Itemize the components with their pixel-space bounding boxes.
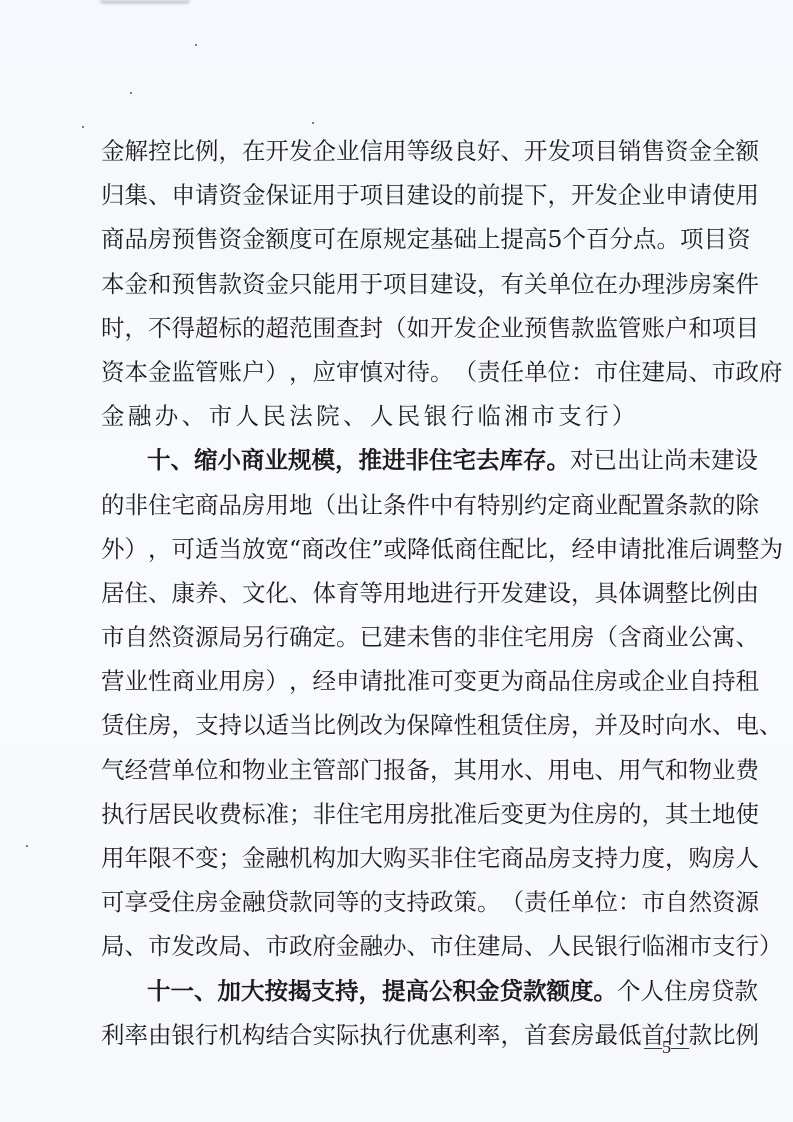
text-char: 比 xyxy=(712,1013,736,1057)
text-char: 同 xyxy=(313,880,337,924)
scan-speck xyxy=(130,92,132,94)
heading-char: 去 xyxy=(476,438,500,482)
text-char: 目 xyxy=(595,129,619,173)
text-char: 商 xyxy=(195,483,219,527)
text-char: 可 xyxy=(101,880,125,924)
text-char: 、 xyxy=(148,571,172,615)
text-char: 套 xyxy=(548,1013,572,1057)
text-char: 最 xyxy=(595,1013,619,1057)
text-char: 业 xyxy=(665,615,689,659)
text-char: 标 xyxy=(219,306,243,350)
text-char: 主 xyxy=(289,748,313,792)
text-char: 、 xyxy=(736,615,760,659)
text-char: 营 xyxy=(148,748,172,792)
text-char: 项 xyxy=(712,306,736,350)
text-char: 办 xyxy=(618,262,642,306)
text-char: 持 xyxy=(219,703,243,747)
text-char: 能 xyxy=(313,262,337,306)
text-char: 范 xyxy=(289,306,313,350)
text-char: 商 xyxy=(172,659,196,703)
text-char: 售 xyxy=(430,615,454,659)
text-char: 。 xyxy=(477,880,501,924)
text-char: 款 xyxy=(219,262,243,306)
text-char: 改 xyxy=(360,703,384,747)
text-char: 金 xyxy=(242,836,266,880)
text-char: 款 xyxy=(289,880,313,924)
text-char: 和 xyxy=(148,262,172,306)
text-char: 业 xyxy=(266,748,290,792)
text-char: 。 xyxy=(430,350,454,394)
text-char: 的 xyxy=(360,880,384,924)
text-char: 寓 xyxy=(712,615,736,659)
text-char: 项 xyxy=(383,262,407,306)
text-char: 配 xyxy=(618,483,642,527)
text-char: 只 xyxy=(289,262,313,306)
text-char: 收 xyxy=(195,792,219,836)
text-char: 办 xyxy=(383,924,407,968)
text-char: 可 xyxy=(313,217,337,261)
text-char: 市 xyxy=(148,924,172,968)
text-char: 目 xyxy=(703,217,727,261)
text-char: 物 xyxy=(242,748,266,792)
text-char: 销 xyxy=(618,129,642,173)
text-char: 保 xyxy=(266,173,290,217)
text-char: 康 xyxy=(172,571,196,615)
text-char: 经 xyxy=(572,527,596,571)
text-char: 地 xyxy=(407,571,431,615)
text-char: 比 xyxy=(172,129,196,173)
text-char: 更 xyxy=(477,659,501,703)
text-char: 用 xyxy=(383,571,407,615)
text-char: 监 xyxy=(172,350,196,394)
text-char: ， xyxy=(430,748,454,792)
text-char: 房 xyxy=(407,792,431,836)
heading-char: 积 xyxy=(453,969,477,1013)
text-char: 管 xyxy=(618,306,642,350)
text-char: 非 xyxy=(430,836,454,880)
text-char: 例 xyxy=(712,571,736,615)
text-char: 比 xyxy=(313,703,337,747)
text-char: 另 xyxy=(242,615,266,659)
text-char: 融 xyxy=(242,880,266,924)
text-char: 地 xyxy=(289,483,313,527)
text-line: 局、市发改局、市政府金融办、市住建局、人民银行临湘市支行） xyxy=(101,924,693,968)
text-char: 任 xyxy=(501,350,525,394)
text-char: 额 xyxy=(266,217,290,261)
text-char: 物 xyxy=(689,748,713,792)
text-char: 准 xyxy=(666,527,690,571)
text-char: ， xyxy=(501,1013,525,1057)
text-char: 项 xyxy=(360,173,384,217)
text-char: 建 xyxy=(711,438,735,482)
text-char: 用 xyxy=(736,173,760,217)
text-char: 业 xyxy=(665,659,689,703)
text-char: 体 xyxy=(618,571,642,615)
text-char: ） xyxy=(266,350,290,394)
text-char: 配 xyxy=(501,527,525,571)
text-char: 人 xyxy=(370,394,394,438)
text-char: 性 xyxy=(148,659,172,703)
text-char: 住 xyxy=(454,924,478,968)
heading-char: 。 xyxy=(594,969,618,1013)
text-char: 、 xyxy=(219,571,243,615)
text-char: 然 xyxy=(148,615,172,659)
text-char: 单 xyxy=(172,748,196,792)
text-char: （ xyxy=(383,306,407,350)
text-char: 对 xyxy=(570,438,594,482)
text-char: 房 xyxy=(712,836,736,880)
text-char: 基 xyxy=(430,217,454,261)
text-char: 批 xyxy=(383,659,407,703)
text-char: 育 xyxy=(336,571,360,615)
text-char: 气 xyxy=(642,748,666,792)
text-char: 中 xyxy=(430,483,454,527)
text-char: 宽 xyxy=(266,527,290,571)
text-char: 人 xyxy=(548,924,572,968)
text-char: 度 xyxy=(289,217,313,261)
text-char: 住 xyxy=(618,350,642,394)
text-char: 申 xyxy=(665,173,689,217)
text-char: 位 xyxy=(571,262,595,306)
text-char: 金 xyxy=(242,217,266,261)
heading-char: 度 xyxy=(570,969,594,1013)
text-char: 于 xyxy=(336,173,360,217)
heading-char: 高 xyxy=(406,969,430,1013)
text-char: ， xyxy=(289,350,313,394)
text-char: 房 xyxy=(548,836,572,880)
text-char: 的 xyxy=(618,792,642,836)
text-char: 业 xyxy=(195,659,219,703)
text-char: 让 xyxy=(641,438,665,482)
text-line: 金解控比例，在开发企业信用等级良好、开发项目销售资金全额 xyxy=(101,129,693,173)
text-char: 申 xyxy=(595,527,619,571)
text-line: 资本金监管账户），应审慎对待。（责任单位：市住建局、市政府 xyxy=(101,350,693,394)
text-char: 请 xyxy=(195,173,219,217)
heading-char: 、 xyxy=(194,969,218,1013)
text-char: ） xyxy=(612,394,636,438)
text-char: 的 xyxy=(242,306,266,350)
text-char: 调 xyxy=(642,571,666,615)
text-char: 已 xyxy=(360,615,384,659)
scan-speck xyxy=(312,122,314,124)
text-char: 单 xyxy=(524,350,548,394)
text-char: 为 xyxy=(501,659,525,703)
text-char: 适 xyxy=(195,527,219,571)
text-char: 为 xyxy=(548,792,572,836)
text-char: 建 xyxy=(383,615,407,659)
text-char: 级 xyxy=(430,129,454,173)
text-char: 置 xyxy=(642,483,666,527)
text-char: 设 xyxy=(454,262,478,306)
text-char: 用 xyxy=(336,262,360,306)
text-char: 为 xyxy=(760,527,784,571)
text-char: 款 xyxy=(735,969,759,1013)
text-char: 已 xyxy=(594,438,618,482)
text-char: 房 xyxy=(595,792,619,836)
text-char: 、 xyxy=(689,350,713,394)
text-char: 其 xyxy=(454,748,478,792)
text-char: 金 xyxy=(101,394,125,438)
text-char: 住 xyxy=(125,703,149,747)
text-char: 局 xyxy=(219,615,243,659)
text-char: 不 xyxy=(172,836,196,880)
text-char: 集 xyxy=(125,173,149,217)
text-char: 的 xyxy=(454,615,478,659)
text-char: 业 xyxy=(712,748,736,792)
text-char: 支 xyxy=(712,924,736,968)
text-char: 用 xyxy=(266,483,290,527)
text-char: 售 xyxy=(195,217,219,261)
text-char: 执 xyxy=(101,792,125,836)
text-char: 房 xyxy=(148,217,172,261)
text-char: 门 xyxy=(360,748,384,792)
text-char: 商 xyxy=(642,615,666,659)
text-char: 住 xyxy=(454,836,478,880)
text-char: 居 xyxy=(148,792,172,836)
text-char: 政 xyxy=(430,880,454,924)
text-char: 控 xyxy=(148,129,172,173)
text-char: 个 xyxy=(617,969,641,1013)
text-char: 局 xyxy=(101,924,125,968)
text-char: 出 xyxy=(617,438,641,482)
text-char: 住 xyxy=(125,571,149,615)
text-char: 改 xyxy=(325,527,349,571)
scan-speck xyxy=(26,845,28,847)
text-char: 院 xyxy=(316,394,340,438)
text-char: 慎 xyxy=(360,350,384,394)
text-char: 下 xyxy=(524,173,548,217)
text-char: 率 xyxy=(477,1013,501,1057)
text-char: 低 xyxy=(431,527,455,571)
text-char: 商 xyxy=(301,527,325,571)
text-char: 民 xyxy=(397,394,421,438)
text-char: 超 xyxy=(266,306,290,350)
text-char: （ xyxy=(454,350,478,394)
text-line: 赁住房，支持以适当比例改为保障性租赁住房，并及时向水、电、 xyxy=(101,703,693,747)
text-char: 行 xyxy=(585,394,609,438)
text-char: 、 xyxy=(759,703,783,747)
text-char: 时 xyxy=(642,703,666,747)
section-heading-line: 十一、加大按揭支持，提高公积金贷款额度。个人住房贷款 xyxy=(101,969,693,1013)
text-char: 际 xyxy=(336,1013,360,1057)
text-char: ： xyxy=(571,350,595,394)
text-char: 当 xyxy=(219,527,243,571)
heading-char: 十 xyxy=(147,438,171,482)
text-line: 利率由银行机构结合实际执行优惠利率，首套房最低首付款比例 xyxy=(101,1013,693,1057)
scan-shadow xyxy=(100,0,190,4)
text-char: 加 xyxy=(336,836,360,880)
text-char: 持 xyxy=(712,659,736,703)
text-char: 商 xyxy=(101,217,125,261)
text-char: 水 xyxy=(501,748,525,792)
text-char: 项 xyxy=(680,217,704,261)
heading-char: 十 xyxy=(147,969,171,1013)
text-char: 。 xyxy=(656,217,680,261)
text-char: 宅 xyxy=(477,836,501,880)
text-char: 企 xyxy=(313,129,337,173)
text-char: 审 xyxy=(336,350,360,394)
text-char: 条 xyxy=(665,483,689,527)
heading-char: 进 xyxy=(382,438,406,482)
text-char: 定 xyxy=(407,217,431,261)
text-char: 用 xyxy=(548,615,572,659)
heading-char: 贷 xyxy=(500,969,524,1013)
text-char: 资 xyxy=(665,129,689,173)
text-char: 申 xyxy=(172,173,196,217)
text-char: 后 xyxy=(689,527,713,571)
text-char: 整 xyxy=(736,527,760,571)
text-char: 得 xyxy=(172,306,196,350)
text-char: 市 xyxy=(430,924,454,968)
text-char: 条 xyxy=(383,483,407,527)
text-char: 金 xyxy=(689,129,713,173)
text-char: 、 xyxy=(343,394,367,438)
text-char: 资 xyxy=(242,262,266,306)
text-char: 营 xyxy=(101,659,125,703)
text-char: 品 xyxy=(125,217,149,261)
text-char: 准 xyxy=(454,792,478,836)
text-char: 约 xyxy=(524,483,548,527)
heading-char: 商 xyxy=(241,438,265,482)
text-char: 资 xyxy=(101,350,125,394)
text-char: 使 xyxy=(736,792,760,836)
text-char: 确 xyxy=(289,615,313,659)
text-char: 。 xyxy=(336,615,360,659)
text-char: 开 xyxy=(266,129,290,173)
text-line: 营业性商业用房），经申请批准可变更为商品住房或企业自持租 xyxy=(101,659,693,703)
body-text: 金解控比例，在开发企业信用等级良好、开发项目销售资金全额归集、申请资金保证用于项… xyxy=(101,129,693,1057)
text-char: ， xyxy=(219,129,243,173)
text-line: 气经营单位和物业主管部门报备，其用水、用电、用气和物业费 xyxy=(101,748,693,792)
text-char: 案 xyxy=(712,262,736,306)
text-char: 封 xyxy=(360,306,384,350)
text-char: 住 xyxy=(148,483,172,527)
text-char: 支 xyxy=(558,394,582,438)
text-char: 由 xyxy=(148,1013,172,1057)
text-char: 贷 xyxy=(266,880,290,924)
text-char: 经 xyxy=(125,748,149,792)
text-char: 更 xyxy=(524,792,548,836)
text-char: 结 xyxy=(266,1013,290,1057)
text-char: 责 xyxy=(524,880,548,924)
text-char: 建 xyxy=(477,924,501,968)
text-char: 查 xyxy=(336,306,360,350)
text-char: 企 xyxy=(618,173,642,217)
heading-char: 支 xyxy=(312,969,336,1013)
heading-char: 款 xyxy=(523,969,547,1013)
text-char: 金 xyxy=(125,262,149,306)
text-char: 其 xyxy=(665,792,689,836)
document-page: 金解控比例，在开发企业信用等级良好、开发项目销售资金全额归集、申请资金保证用于项… xyxy=(0,0,793,1122)
text-char: 和 xyxy=(689,306,713,350)
text-char: 目 xyxy=(383,173,407,217)
text-char: ” xyxy=(372,527,384,571)
text-char: 并 xyxy=(595,703,619,747)
text-char: 商 xyxy=(501,836,525,880)
text-char: 限 xyxy=(148,836,172,880)
text-char: 以 xyxy=(242,703,266,747)
text-char: 住 xyxy=(524,703,548,747)
text-char: 变 xyxy=(501,792,525,836)
text-char: 高 xyxy=(524,217,548,261)
text-char: 住 xyxy=(478,527,502,571)
text-char: 有 xyxy=(454,483,478,527)
text-char: 售 xyxy=(642,129,666,173)
text-char: 持 xyxy=(595,836,619,880)
text-char: 保 xyxy=(407,703,431,747)
text-char: 房 xyxy=(571,615,595,659)
page-number: —5— xyxy=(644,1037,689,1058)
text-char: 如 xyxy=(407,306,431,350)
text-char: 对 xyxy=(383,350,407,394)
text-char: 房 xyxy=(688,969,712,1013)
text-char: 特 xyxy=(477,483,501,527)
text-char: 款 xyxy=(571,306,595,350)
text-char: 、 xyxy=(182,394,206,438)
text-char: 建 xyxy=(524,571,548,615)
text-char: 地 xyxy=(712,792,736,836)
text-char: 变 xyxy=(195,836,219,880)
text-char: 责 xyxy=(477,350,501,394)
text-char: 人 xyxy=(641,969,665,1013)
text-char: 费 xyxy=(219,792,243,836)
text-char: 源 xyxy=(195,615,219,659)
text-line: 金融办、市人民法院、人民银行临湘市支行） xyxy=(101,394,693,438)
text-char: 请 xyxy=(360,659,384,703)
text-char: 比 xyxy=(525,527,549,571)
text-char: 市 xyxy=(689,924,713,968)
text-char: 超 xyxy=(195,306,219,350)
text-char: ， xyxy=(172,703,196,747)
text-char: 个 xyxy=(562,217,586,261)
text-char: 调 xyxy=(713,527,737,571)
text-char: 合 xyxy=(289,1013,313,1057)
text-char: 用 xyxy=(477,748,501,792)
text-char: 和 xyxy=(665,748,689,792)
text-char: 业 xyxy=(125,659,149,703)
text-char: 为 xyxy=(383,703,407,747)
text-char: 支 xyxy=(383,880,407,924)
text-char: 府 xyxy=(759,350,783,394)
text-char: 使 xyxy=(712,173,736,217)
text-char: 等 xyxy=(336,880,360,924)
text-char: 例 xyxy=(336,703,360,747)
text-char: 好 xyxy=(477,129,501,173)
text-char: 然 xyxy=(689,880,713,924)
text-char: 于 xyxy=(360,262,384,306)
scan-speck xyxy=(82,126,84,128)
text-char: 和 xyxy=(219,748,243,792)
text-char: 户 xyxy=(242,350,266,394)
text-char: 任 xyxy=(548,880,572,924)
section-heading-line: 十、缩小商业规模，推进非住宅去库存。对已出让尚未建设 xyxy=(101,438,693,482)
text-char: 改 xyxy=(195,924,219,968)
text-char: ： xyxy=(618,880,642,924)
heading-char: 宅 xyxy=(453,438,477,482)
text-char: 归 xyxy=(101,173,125,217)
text-char: 品 xyxy=(524,836,548,880)
text-char: 、 xyxy=(148,173,172,217)
text-char: 开 xyxy=(430,306,454,350)
text-char: ， xyxy=(665,836,689,880)
text-char: 源 xyxy=(736,880,760,924)
text-char: 临 xyxy=(642,924,666,968)
text-char: 应 xyxy=(313,350,337,394)
text-char: 账 xyxy=(642,306,666,350)
text-char: 、 xyxy=(407,924,431,968)
text-char: 法 xyxy=(289,394,313,438)
text-char: 当 xyxy=(289,703,313,747)
